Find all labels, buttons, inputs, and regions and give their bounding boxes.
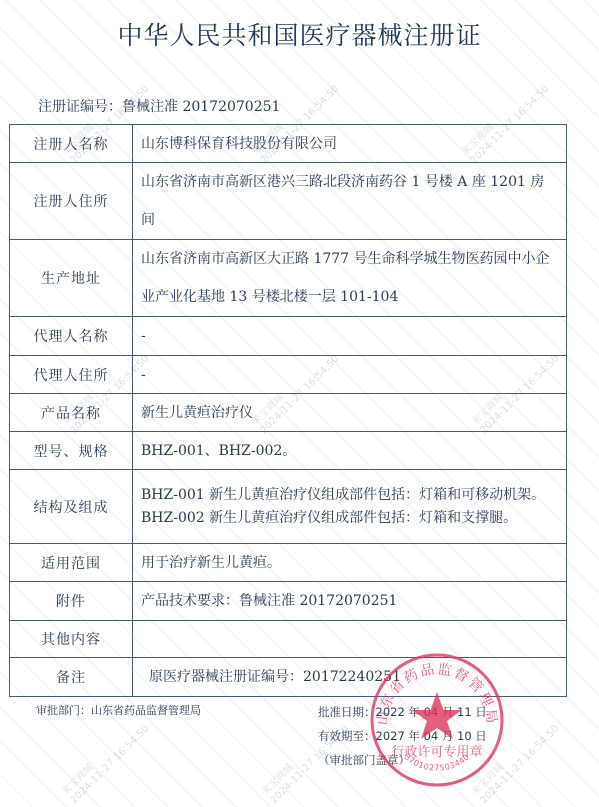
- table-row: 型号、规格 BHZ-001、BHZ-002。: [10, 432, 567, 470]
- row-label: 注册人名称: [10, 125, 133, 163]
- row-value: 新生儿黄疸治疗仪: [133, 394, 567, 432]
- row-value: 用于治疗新生儿黄疸。: [133, 544, 567, 582]
- row-value: 原医疗器械注册证编号：20172240251: [133, 658, 567, 697]
- row-value: BHZ-001 新生儿黄疸治疗仪组成部件包括：灯箱和可移动机架。BHZ-002 …: [133, 470, 567, 544]
- table-row: 注册人名称 山东博科保育科技股份有限公司: [10, 125, 567, 163]
- certificate-table: 注册人名称 山东博科保育科技股份有限公司 注册人住所 山东省济南市高新区港兴三路…: [9, 124, 567, 697]
- row-value: 山东博科保育科技股份有限公司: [133, 125, 567, 163]
- registration-number: 注册证编号：鲁械注准 20172070251: [38, 96, 280, 116]
- row-label: 备注: [10, 658, 133, 697]
- row-value: 山东省济南市高新区港兴三路北段济南药谷 1 号楼 A 座 1201 房间: [133, 163, 567, 240]
- table-row: 结构及组成 BHZ-001 新生儿黄疸治疗仪组成部件包括：灯箱和可移动机架。BH…: [10, 470, 567, 544]
- row-value: BHZ-001、BHZ-002。: [133, 432, 567, 470]
- row-label: 代理人名称: [10, 317, 133, 356]
- registration-number-value: 鲁械注准 20172070251: [122, 99, 280, 115]
- row-value: 产品技术要求：鲁械注准 20172070251: [133, 582, 567, 621]
- table-row: 代理人名称 -: [10, 317, 567, 356]
- document-title: 中华人民共和国医疗器械注册证: [0, 16, 599, 52]
- row-label: 生产地址: [10, 240, 133, 317]
- table-row: 代理人住所 -: [10, 356, 567, 394]
- registration-number-label: 注册证编号：: [38, 99, 122, 115]
- seal-note: （审批部门盖章）: [318, 748, 487, 772]
- row-label: 注册人住所: [10, 163, 133, 240]
- approval-department: 审批部门：山东省药品监督管理局: [36, 702, 201, 718]
- approval-dates: 批准日期：2022 年 04 月 11 日 有效期至：2027 年 04 月 1…: [318, 700, 487, 772]
- table-row: 其他内容: [10, 621, 567, 658]
- table-row: 备注 原医疗器械注册证编号：20172240251: [10, 658, 567, 697]
- row-label: 结构及组成: [10, 470, 133, 544]
- valid-until-date: 有效期至：2027 年 04 月 10 日: [318, 724, 487, 748]
- row-value: -: [133, 356, 567, 394]
- watermark: 来宝商城2024-11-27 16:54:50: [60, 715, 152, 807]
- row-value: [133, 621, 567, 658]
- row-value: 山东省济南市高新区大正路 1777 号生命科学城生物医药园中小企业产业化基地 1…: [133, 240, 567, 317]
- table-row: 附件 产品技术要求：鲁械注准 20172070251: [10, 582, 567, 621]
- table-row: 适用范围 用于治疗新生儿黄疸。: [10, 544, 567, 582]
- row-label: 型号、规格: [10, 432, 133, 470]
- table-row: 生产地址 山东省济南市高新区大正路 1777 号生命科学城生物医药园中小企业产业…: [10, 240, 567, 317]
- row-label: 适用范围: [10, 544, 133, 582]
- row-label: 代理人住所: [10, 356, 133, 394]
- table-row: 产品名称 新生儿黄疸治疗仪: [10, 394, 567, 432]
- row-label: 其他内容: [10, 621, 133, 658]
- row-label: 产品名称: [10, 394, 133, 432]
- table-row: 注册人住所 山东省济南市高新区港兴三路北段济南药谷 1 号楼 A 座 1201 …: [10, 163, 567, 240]
- approval-date: 批准日期：2022 年 04 月 11 日: [318, 700, 487, 724]
- row-value: -: [133, 317, 567, 356]
- row-label: 附件: [10, 582, 133, 621]
